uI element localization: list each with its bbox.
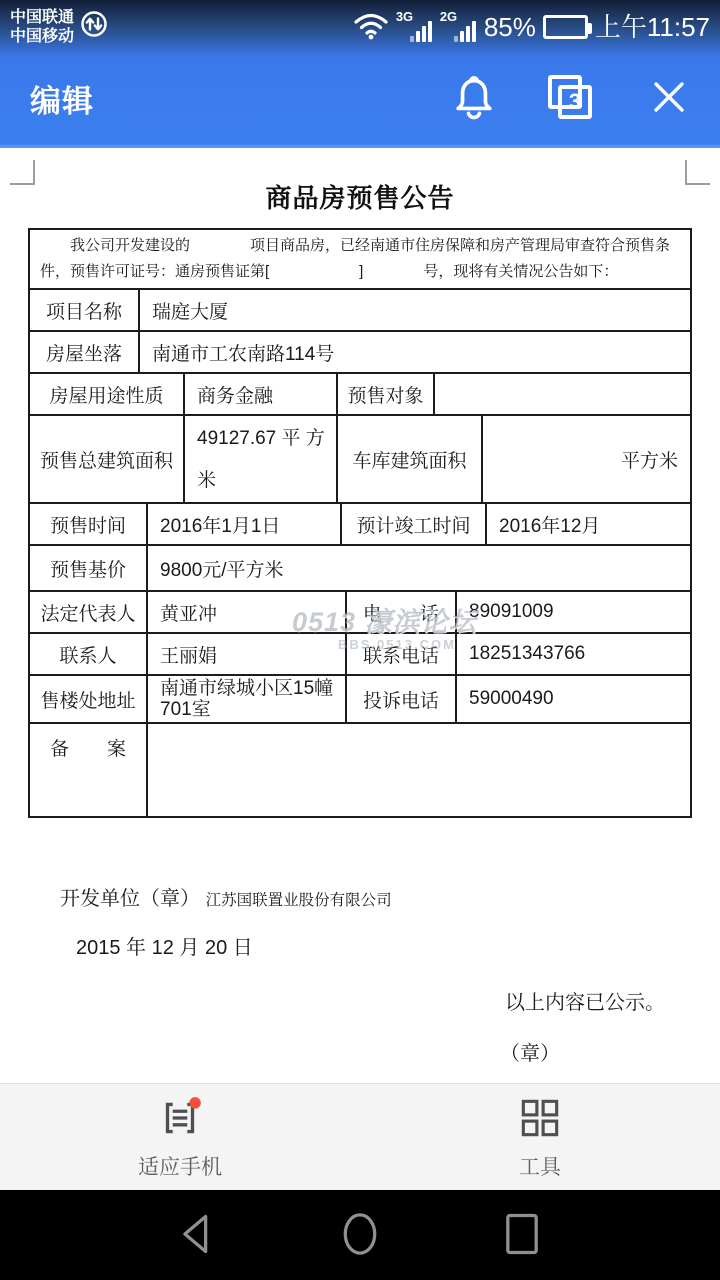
wifi-icon bbox=[353, 10, 389, 45]
tools-label: 工具 bbox=[519, 1151, 561, 1181]
field-label: 预计竣工时间 bbox=[340, 504, 485, 544]
seal-placeholder: （章） bbox=[0, 1037, 720, 1066]
field-label: 预售时间 bbox=[30, 504, 146, 544]
red-dot-badge bbox=[189, 1097, 200, 1108]
app-bar: 编辑 3 bbox=[0, 52, 720, 145]
field-value bbox=[146, 724, 690, 816]
field-value: 59000490 bbox=[455, 676, 690, 722]
developer-name: 江苏国联置业股份有限公司 bbox=[206, 892, 392, 909]
fit-to-phone-label: 适应手机 bbox=[138, 1151, 222, 1181]
field-value: 2016年12月 bbox=[485, 504, 690, 544]
field-label: 预售总建筑面积 bbox=[30, 416, 183, 502]
signal-bars-icon bbox=[454, 21, 476, 42]
page-corner-mark-left bbox=[10, 160, 35, 185]
field-value: 王丽娟 bbox=[146, 634, 345, 674]
table-row-area: 预售总建筑面积 49127.67 平 方 米 车库建筑面积 平方米 bbox=[30, 414, 690, 502]
signal-3g-icon: 3G bbox=[396, 9, 433, 45]
nav-recents-button[interactable] bbox=[500, 1210, 544, 1261]
signal-bars-icon bbox=[410, 21, 432, 42]
table-row-record: 备 案 bbox=[30, 722, 690, 816]
table-row-legal-rep: 法定代表人 黄亚冲 电 话 89091009 bbox=[30, 590, 690, 632]
developer-line: 开发单位（章） 江苏国联置业股份有限公司 bbox=[60, 882, 720, 911]
table-row-sales-office: 售楼处地址 南通市绿城小区15幢701室 投诉电话 59000490 bbox=[30, 674, 690, 722]
field-label: 联系电话 bbox=[345, 634, 455, 674]
announcement-date: 2015 年 12 月 20 日 bbox=[76, 931, 720, 960]
document-page[interactable]: 商品房预售公告 我公司开发建设的 项目商品房，已经南通市住房保障和房产管理局审查… bbox=[0, 148, 720, 1083]
field-value: 南通市工农南路114号 bbox=[138, 332, 690, 372]
fit-to-phone-icon bbox=[155, 1093, 205, 1146]
table-row-intro: 我公司开发建设的 项目商品房，已经南通市住房保障和房产管理局审查符合预售条 件，… bbox=[30, 230, 690, 288]
field-label: 预售对象 bbox=[336, 374, 433, 414]
page-count-badge: 3 bbox=[558, 85, 592, 119]
document-title: 商品房预售公告 bbox=[0, 178, 720, 215]
back-triangle-icon bbox=[176, 1246, 220, 1261]
data-transfer-icon bbox=[79, 9, 109, 44]
home-circle-icon bbox=[338, 1246, 382, 1261]
field-value: 49127.67 平 方 米 bbox=[183, 416, 336, 502]
presale-table: 我公司开发建设的 项目商品房，已经南通市住房保障和房产管理局审查符合预售条 件，… bbox=[28, 228, 692, 818]
page-count-button[interactable]: 3 bbox=[548, 75, 596, 123]
field-value: 18251343766 bbox=[455, 634, 690, 674]
battery-icon bbox=[543, 15, 588, 39]
table-row-project-name: 项目名称 瑞庭大厦 bbox=[30, 288, 690, 330]
carrier-names: 中国联通 中国移动 bbox=[10, 8, 74, 46]
intro-line2: 件，预售许可证号：通房预售证第[ ] 号，现将有关情况公告如下： bbox=[40, 259, 680, 285]
recents-square-icon bbox=[500, 1246, 544, 1261]
status-time: 上午11:57 bbox=[595, 14, 710, 40]
published-note: 以上内容已公示。 bbox=[0, 986, 720, 1015]
phone-screen: 中国联通 中国移动 bbox=[0, 0, 720, 1280]
bottom-toolbar: 适应手机 工具 bbox=[0, 1083, 720, 1190]
field-value: 黄亚冲 bbox=[146, 592, 345, 632]
table-row-location: 房屋坐落 南通市工农南路114号 bbox=[30, 330, 690, 372]
close-button[interactable] bbox=[648, 76, 690, 121]
field-value: 9800元/平方米 bbox=[146, 546, 690, 590]
bell-icon bbox=[452, 73, 496, 124]
fit-to-phone-button[interactable]: 适应手机 bbox=[0, 1084, 360, 1190]
field-label: 车库建筑面积 bbox=[336, 416, 481, 502]
field-label: 投诉电话 bbox=[345, 676, 455, 722]
notification-bell-button[interactable] bbox=[452, 73, 496, 124]
nav-home-button[interactable] bbox=[338, 1210, 382, 1261]
intro-paragraph: 我公司开发建设的 项目商品房，已经南通市住房保障和房产管理局审查符合预售条 件，… bbox=[30, 230, 690, 288]
field-value: 商务金融 bbox=[183, 374, 336, 414]
field-label: 备 案 bbox=[30, 724, 146, 816]
table-row-presale-time: 预售时间 2016年1月1日 预计竣工时间 2016年12月 bbox=[30, 502, 690, 544]
page-corner-mark-right bbox=[685, 160, 710, 185]
carrier-block: 中国联通 中国移动 bbox=[10, 8, 109, 46]
field-value: 平方米 bbox=[481, 416, 690, 502]
field-label: 房屋坐落 bbox=[30, 332, 138, 372]
app-bar-actions: 3 bbox=[452, 73, 690, 124]
developer-label: 开发单位（章） bbox=[60, 888, 200, 910]
field-value: 89091009 bbox=[455, 592, 690, 632]
field-label: 项目名称 bbox=[30, 290, 138, 330]
status-bar: 中国联通 中国移动 bbox=[0, 0, 720, 52]
table-row-base-price: 预售基价 9800元/平方米 bbox=[30, 544, 690, 590]
field-label: 联系人 bbox=[30, 634, 146, 674]
android-nav-bar bbox=[0, 1190, 720, 1280]
close-icon bbox=[648, 76, 690, 121]
field-label: 房屋用途性质 bbox=[30, 374, 183, 414]
battery-percent: 85% bbox=[484, 14, 536, 40]
table-row-usage: 房屋用途性质 商务金融 预售对象 bbox=[30, 372, 690, 414]
page-title: 编辑 bbox=[30, 76, 94, 121]
nav-back-button[interactable] bbox=[176, 1210, 220, 1261]
field-value bbox=[433, 374, 690, 414]
field-label: 售楼处地址 bbox=[30, 676, 146, 722]
top-header: 中国联通 中国移动 bbox=[0, 0, 720, 148]
field-value: 瑞庭大厦 bbox=[138, 290, 690, 330]
field-label: 法定代表人 bbox=[30, 592, 146, 632]
pages-icon: 3 bbox=[548, 75, 596, 123]
intro-line1: 我公司开发建设的 项目商品房，已经南通市住房保障和房产管理局审查符合预售条 bbox=[40, 233, 680, 259]
table-row-contact-person: 联系人 王丽娟 联系电话 18251343766 bbox=[30, 632, 690, 674]
field-label: 预售基价 bbox=[30, 546, 146, 590]
carrier-line2: 中国移动 bbox=[10, 27, 74, 46]
field-label: 电 话 bbox=[345, 592, 455, 632]
tools-grid-icon bbox=[515, 1093, 565, 1146]
field-value: 南通市绿城小区15幢701室 bbox=[146, 676, 345, 722]
tools-button[interactable]: 工具 bbox=[360, 1084, 720, 1190]
status-right-cluster: 3G 2G 85% 上午11:57 bbox=[353, 9, 710, 45]
signal-2g-icon: 2G bbox=[440, 9, 477, 45]
carrier-line1: 中国联通 bbox=[10, 8, 74, 27]
field-value: 2016年1月1日 bbox=[146, 504, 340, 544]
